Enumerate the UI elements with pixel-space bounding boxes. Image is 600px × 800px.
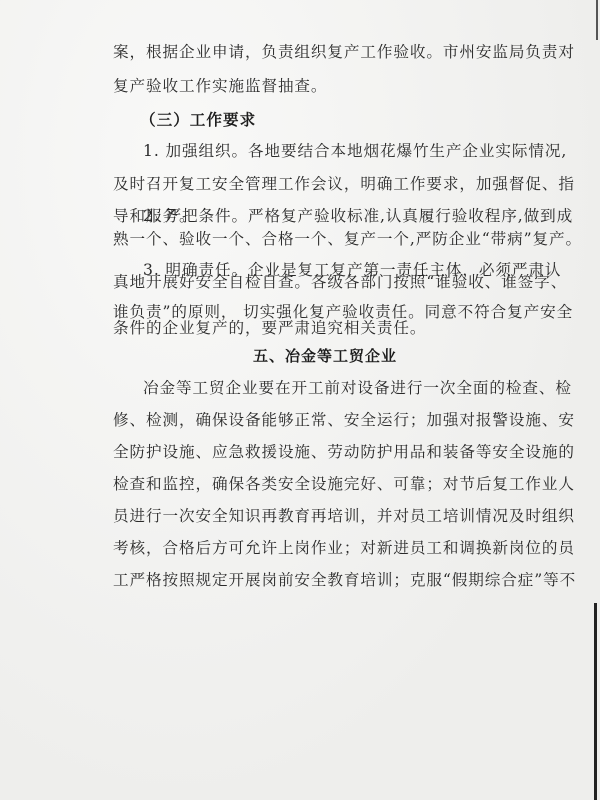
text-line: 及时召开复工安全管理工作会议，明确工作要求，加强督促、指 bbox=[113, 174, 499, 194]
text-line: 检查和监控，确保各类安全设施完好、可靠；对节后复工作业人 bbox=[113, 474, 499, 494]
scanned-page-background bbox=[0, 0, 600, 800]
text-line: 2. 严把条件。严格复产验收标准,认真履行验收程序,做到成 bbox=[143, 206, 499, 226]
text-line: 工严格按照规定开展岗前安全教育培训；克服“假期综合症”等不 bbox=[113, 570, 499, 590]
scan-edge-line bbox=[596, 0, 598, 40]
text-line: 复产验收工作实施监督抽查。 bbox=[113, 76, 499, 96]
text-line: 修、检测，确保设备能够正常、安全运行；加强对报警设施、安 bbox=[113, 410, 499, 430]
text-line: 员进行一次安全知识再教育再培训，并对员工培训情况及时组织 bbox=[113, 506, 499, 526]
text-line: 真地开展好安全自检自查。各级各部门按照“谁验收、谁签字、 bbox=[113, 272, 499, 292]
text-line: 条件的企业复产的，要严肃追究相关责任。 bbox=[113, 318, 499, 338]
text-line: 熟一个、验收一个、合格一个、复产一个,严防企业“带病”复产。 bbox=[113, 229, 499, 249]
subsection-title: （三）工作要求 bbox=[140, 108, 256, 130]
text-line: 考核，合格后方可允许上岗作业；对新进员工和调换新岗位的员 bbox=[113, 538, 499, 558]
text-line: 全防护设施、应急救援设施、劳动防护用品和装备等安全设施的 bbox=[113, 442, 499, 462]
text-line: 1. 加强组织。各地要结合本地烟花爆竹生产企业实际情况, bbox=[143, 141, 499, 161]
text-line: 冶金等工贸企业要在开工前对设备进行一次全面的检查、检 bbox=[143, 378, 499, 398]
text-line: 案，根据企业申请，负责组织复产工作验收。市州安监局负责对 bbox=[113, 42, 499, 62]
section-title: 五、冶金等工贸企业 bbox=[253, 345, 397, 366]
scan-edge-line bbox=[594, 603, 597, 800]
